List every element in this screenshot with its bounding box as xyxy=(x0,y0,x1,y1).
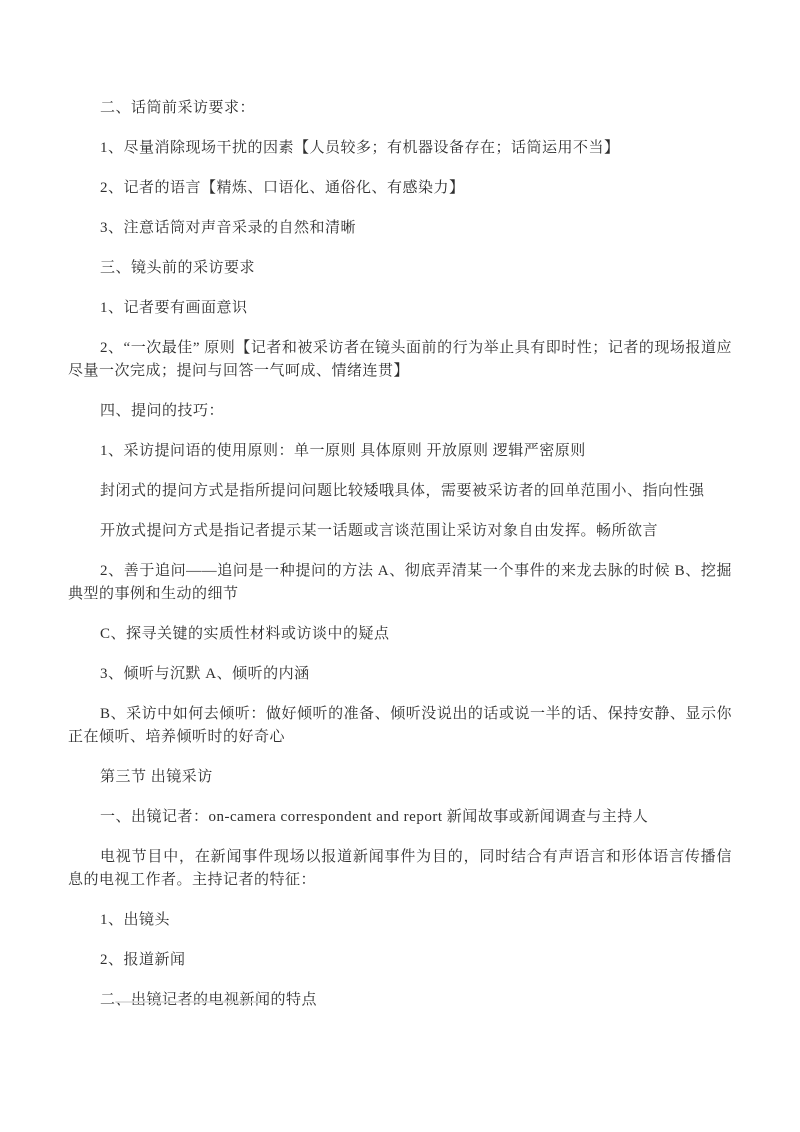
doc-paragraph: 3、注意话筒对声音采录的自然和清晰 xyxy=(68,217,732,240)
doc-paragraph: 一、出镜记者：on-camera correspondent and repor… xyxy=(68,806,732,829)
scan-smudge-artifact xyxy=(115,1001,260,1003)
doc-paragraph: B、采访中如何去倾听：做好倾听的准备、倾听没说出的话或说一半的话、保持安静、显示… xyxy=(68,703,732,749)
doc-paragraph: 1、记者要有画面意识 xyxy=(68,297,732,320)
doc-paragraph: 封闭式的提问方式是指所提问问题比较矮哦具体，需要被采访者的回单范围小、指向性强 xyxy=(68,480,732,503)
doc-paragraph: 第三节 出镜采访 xyxy=(68,766,732,789)
doc-paragraph: 2、“一次最佳” 原则【记者和被采访者在镜头面前的行为举止具有即时性；记者的现场… xyxy=(68,337,732,383)
doc-paragraph: 1、尽量消除现场干扰的因素【人员较多；有机器设备存在；话筒运用不当】 xyxy=(68,137,732,160)
doc-paragraph: 三、镜头前的采访要求 xyxy=(68,257,732,280)
document-page: 二、话筒前采访要求： 1、尽量消除现场干扰的因素【人员较多；有机器设备存在；话筒… xyxy=(0,0,800,1132)
doc-paragraph: 四、提问的技巧： xyxy=(68,400,732,423)
doc-paragraph: 二、话筒前采访要求： xyxy=(68,97,732,120)
document-body: 二、话筒前采访要求： 1、尽量消除现场干扰的因素【人员较多；有机器设备存在；话筒… xyxy=(68,97,732,1012)
doc-paragraph: 1、出镜头 xyxy=(68,909,732,932)
doc-paragraph: 2、善于追问——追问是一种提问的方法 A、彻底弄清某一个事件的来龙去脉的时候 B… xyxy=(68,560,732,606)
doc-paragraph: 3、倾听与沉默 A、倾听的内涵 xyxy=(68,663,732,686)
doc-paragraph: 2、报道新闻 xyxy=(68,949,732,972)
doc-paragraph: 2、记者的语言【精炼、口语化、通俗化、有感染力】 xyxy=(68,177,732,200)
doc-paragraph: 1、采访提问语的使用原则：单一原则 具体原则 开放原则 逻辑严密原则 xyxy=(68,440,732,463)
doc-paragraph: 电视节目中，在新闻事件现场以报道新闻事件为目的，同时结合有声语言和形体语言传播信… xyxy=(68,846,732,892)
doc-paragraph: 开放式提问方式是指记者提示某一话题或言谈范围让采访对象自由发挥。畅所欲言 xyxy=(68,520,732,543)
doc-paragraph: C、探寻关键的实质性材料或访谈中的疑点 xyxy=(68,623,732,646)
